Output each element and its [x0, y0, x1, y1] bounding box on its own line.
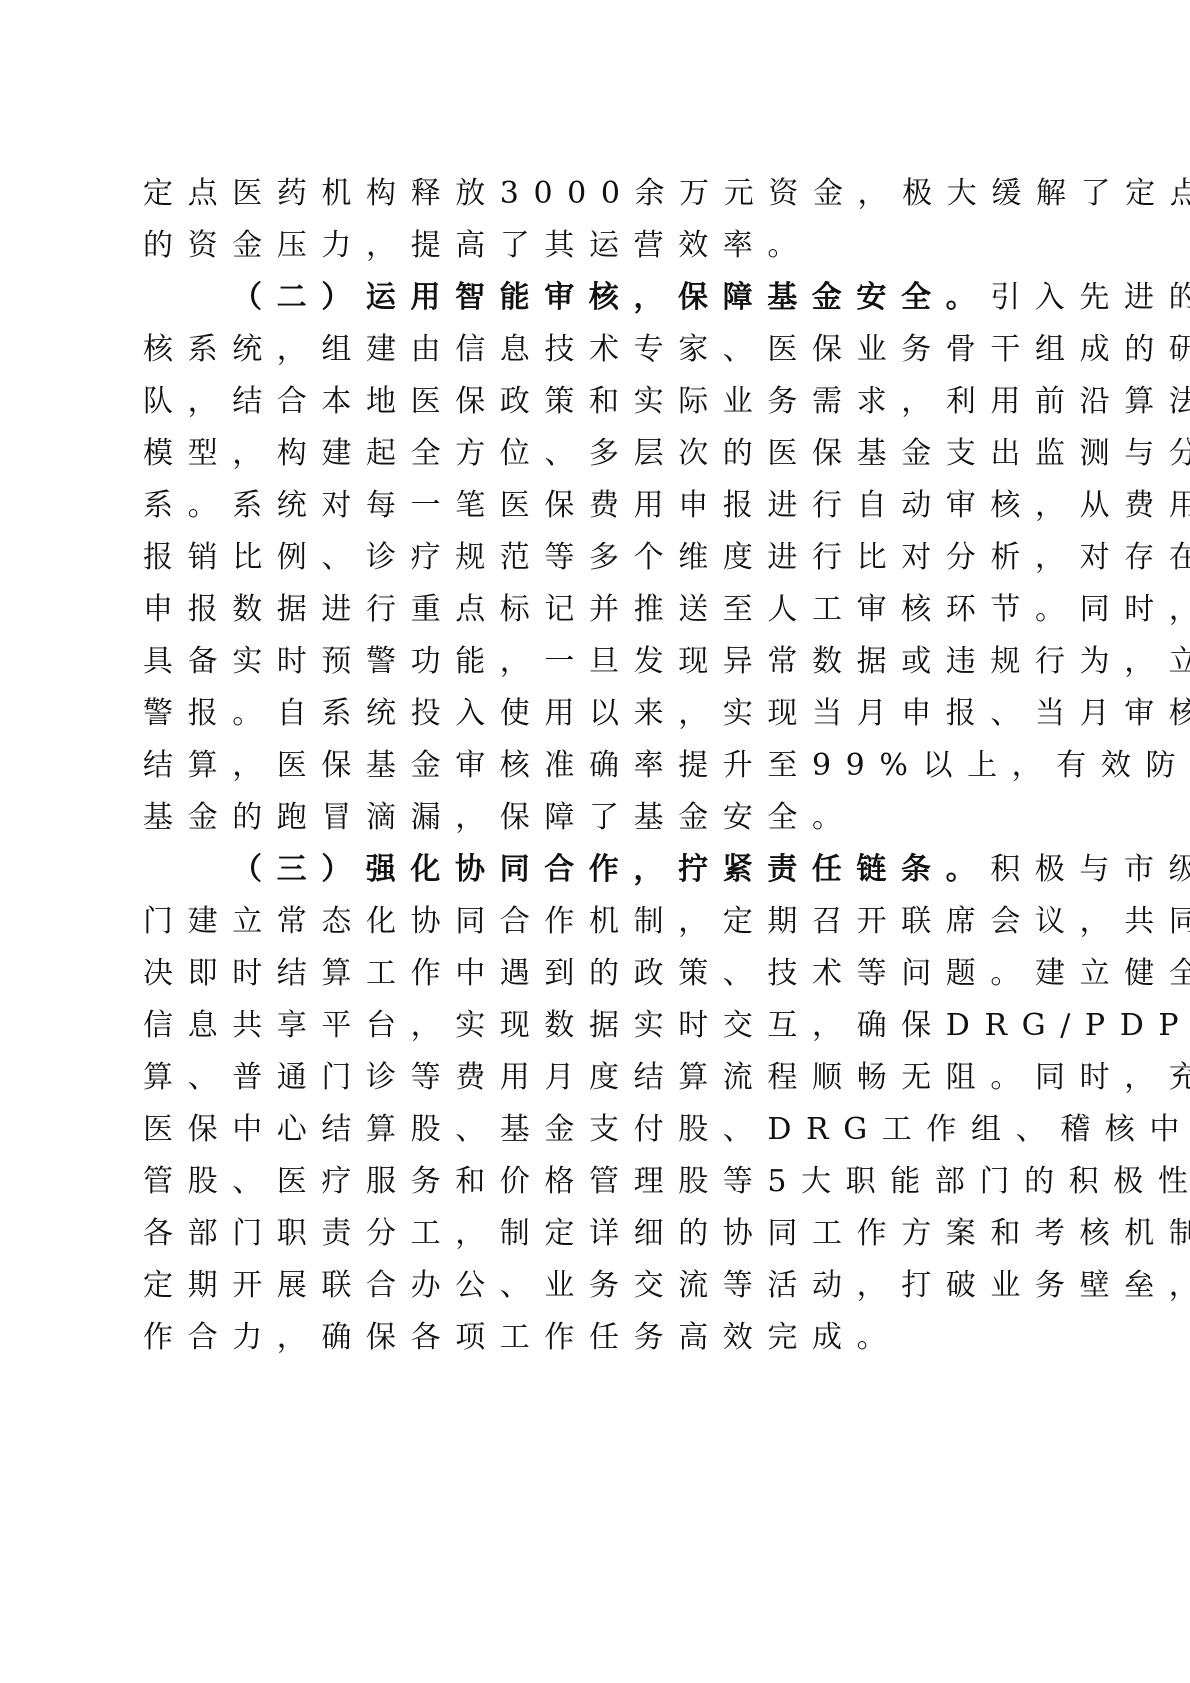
text-line: 结算，医保基金审核准确率提升至99%以上，有效防止了医保	[143, 740, 1043, 792]
section-heading: （二）运用智能审核，保障基金安全。	[232, 280, 990, 315]
text-line: 算、普通门诊等费用月度结算流程顺畅无阻。同时，充分调动	[143, 1052, 1043, 1104]
section-heading: （三）强化协同合作，拧紧责任链条。	[232, 852, 990, 887]
text-line: 申报数据进行重点标记并推送至人工审核环节。同时，系统还	[143, 584, 1043, 636]
text-run: 积极与市级相关部	[990, 852, 1190, 887]
text-line: 队，结合本地医保政策和实际业务需求，利用前沿算法和数据	[143, 376, 1043, 428]
text-line: 决即时结算工作中遇到的政策、技术等问题。建立健全跨部门	[143, 948, 1043, 1000]
text-line: 各部门职责分工，制定详细的协同工作方案和考核机制。通过	[143, 1208, 1043, 1260]
text-line: 核系统，组建由信息技术专家、医保业务骨干组成的研发团	[143, 324, 1043, 376]
text-line: 模型，构建起全方位、多层次的医保基金支出监测与分析体	[143, 428, 1043, 480]
text-line: 作合力，确保各项工作任务高效完成。	[143, 1312, 1043, 1364]
text-line: 信息共享平台，实现数据实时交互，确保DRG/PDPM付费月度结	[143, 1000, 1043, 1052]
paragraph-first-line: （二）运用智能审核，保障基金安全。引入先进的智能审	[143, 272, 1043, 324]
text-run: 引入先进的智能审	[990, 280, 1190, 315]
text-line: 基金的跑冒滴漏，保障了基金安全。	[143, 792, 1043, 844]
text-line: 定期开展联合办公、业务交流等活动，打破业务壁垒，形成工	[143, 1260, 1043, 1312]
paragraph-first-line: （三）强化协同合作，拧紧责任链条。积极与市级相关部	[143, 844, 1043, 896]
text-line: 报销比例、诊疗规范等多个维度进行比对分析，对存在疑点的	[143, 532, 1043, 584]
text-line: 具备实时预警功能，一旦发现异常数据或违规行为，立即发出	[143, 636, 1043, 688]
text-line: 系。系统对每一笔医保费用申报进行自动审核，从费用项目、	[143, 480, 1043, 532]
text-line: 门建立常态化协同合作机制，定期召开联席会议，共同研究解	[143, 896, 1043, 948]
text-line: 的资金压力，提高了其运营效率。	[143, 220, 1043, 272]
text-line: 医保中心结算股、基金支付股、DRG工作组、稽核中心基金监	[143, 1104, 1043, 1156]
document-page: 定点医药机构释放3000余万元资金，极大缓解了定点医药机构 的资金压力，提高了其…	[143, 168, 1043, 1364]
text-line: 管股、医疗服务和价格管理股等5大职能部门的积极性，明确	[143, 1156, 1043, 1208]
text-line: 警报。自系统投入使用以来，实现当月申报、当月审核、当月	[143, 688, 1043, 740]
text-line: 定点医药机构释放3000余万元资金，极大缓解了定点医药机构	[143, 168, 1043, 220]
